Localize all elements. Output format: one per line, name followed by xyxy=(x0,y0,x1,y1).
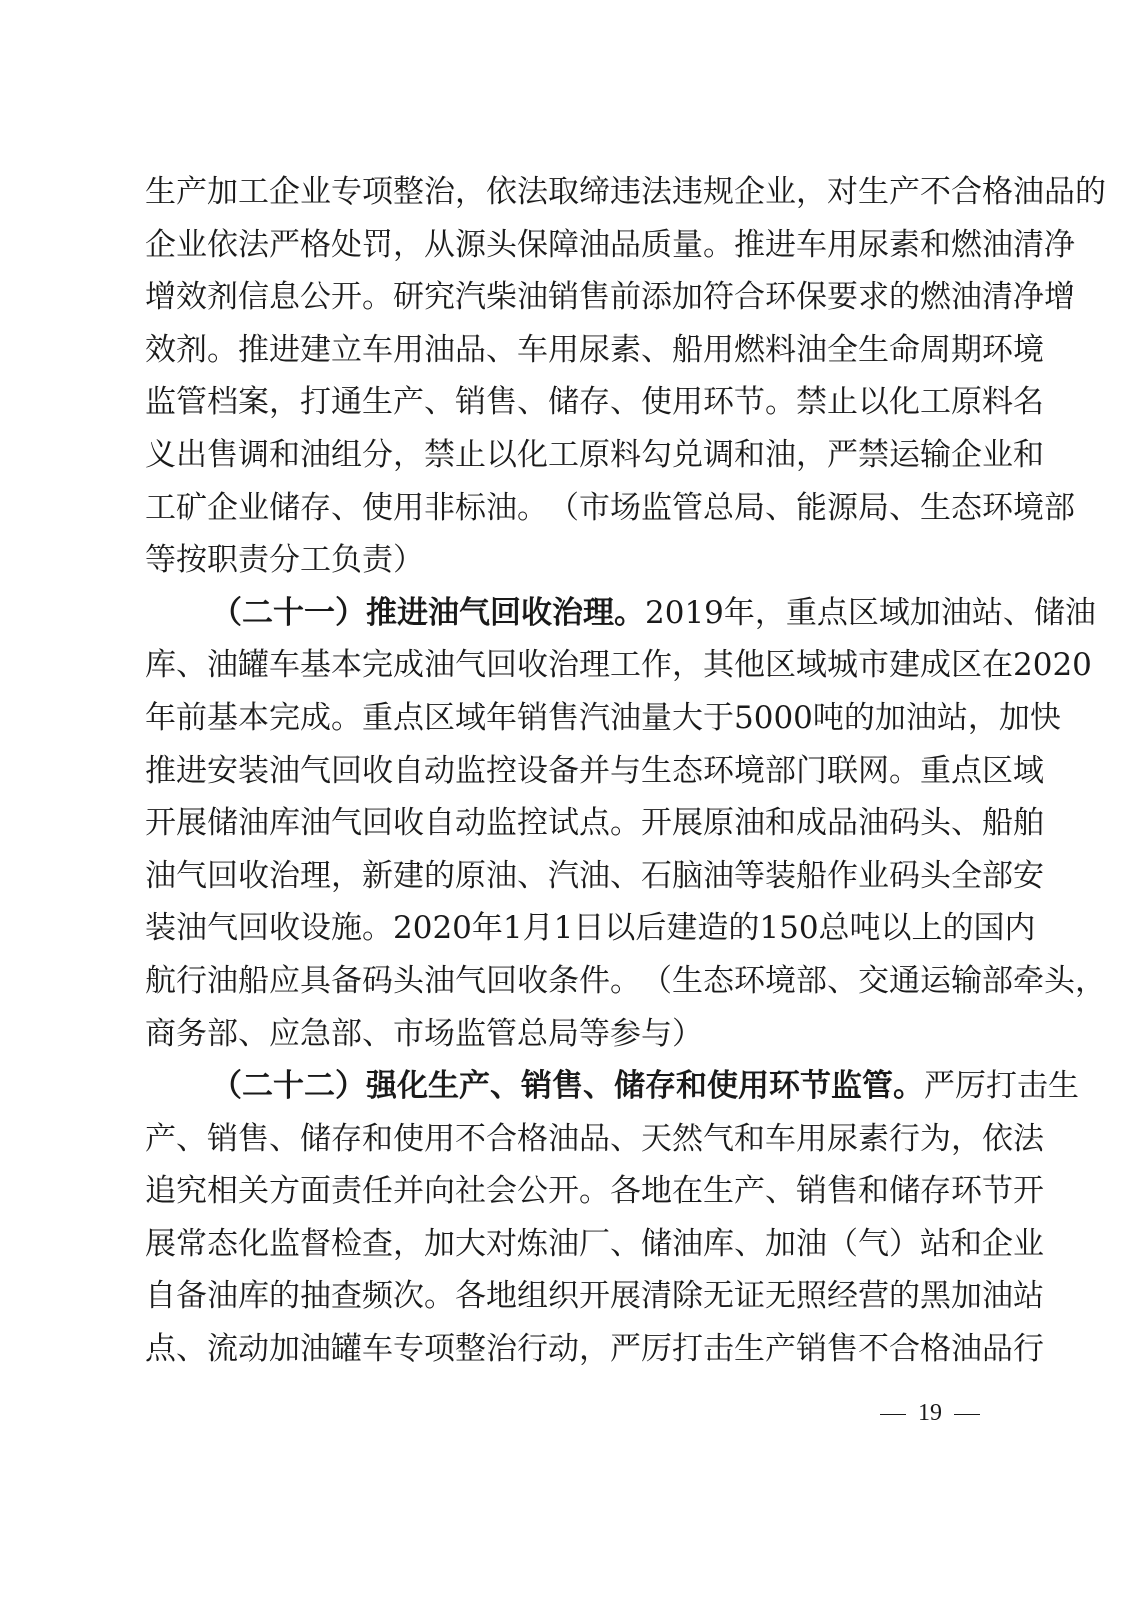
text-char: 态 xyxy=(951,482,982,535)
text-line: 产、销售、储存和使用不合格油品、天然气和车用尿素行为，依法 xyxy=(145,1113,979,1166)
heading-char: 节 xyxy=(800,1060,831,1113)
text-char: 流 xyxy=(207,1323,238,1376)
text-char: 等 xyxy=(734,850,765,903)
text-char: 码 xyxy=(889,797,920,850)
text-char: 气 xyxy=(300,745,331,798)
heading-char: 油 xyxy=(428,587,459,640)
text-char: 2020 xyxy=(393,902,472,955)
text-char: 存 xyxy=(579,376,610,429)
text-char: 、 xyxy=(610,376,641,429)
text-char: 、 xyxy=(269,1113,300,1166)
text-char: 收 xyxy=(238,850,269,903)
text-char: 管 xyxy=(672,482,703,535)
text-line: （二十二）强化生产、销售、储存和使用环节监管。严厉打击生 xyxy=(145,1060,979,1113)
text-char: 建 xyxy=(300,324,331,377)
text-char: 回 xyxy=(238,902,269,955)
text-char: 年 xyxy=(724,587,755,640)
text-char: 缔 xyxy=(579,166,610,219)
text-char: 剂 xyxy=(207,271,238,324)
text-char: 展 xyxy=(145,1218,176,1271)
text-char: 船 xyxy=(238,955,269,1008)
text-char: 各 xyxy=(610,1165,641,1218)
heading-char: 十 xyxy=(273,587,304,640)
text-char: 其 xyxy=(703,639,734,692)
text-char: 推 xyxy=(145,745,176,798)
text-char: 、 xyxy=(238,1008,269,1061)
text-char: 业 xyxy=(858,850,889,903)
text-char: 在 xyxy=(672,1165,703,1218)
text-char: 监 xyxy=(269,1218,300,1271)
text-char: 品 xyxy=(982,1323,1013,1376)
text-char: 违 xyxy=(672,166,703,219)
text-char: 合 xyxy=(486,1113,517,1166)
heading-char: 监 xyxy=(831,1060,862,1113)
text-char: 头 xyxy=(920,797,951,850)
text-char: 使 xyxy=(362,482,393,535)
text-char: 库 xyxy=(145,639,176,692)
text-char: 责 xyxy=(238,534,269,587)
heading-char: 二 xyxy=(242,1060,273,1113)
text-char: 天 xyxy=(641,1113,672,1166)
text-char: 料 xyxy=(765,324,796,377)
text-char: 油 xyxy=(145,850,176,903)
text-char: 项 xyxy=(424,1323,455,1376)
text-char: 装 xyxy=(145,902,176,955)
text-char: 罐 xyxy=(331,1323,362,1376)
text-char: 参 xyxy=(610,1008,641,1061)
text-char: 出 xyxy=(176,429,207,482)
text-char: 吨 xyxy=(813,692,844,745)
text-char: 工 xyxy=(145,482,176,535)
text-char: 部 xyxy=(765,745,796,798)
text-char: 生 xyxy=(858,324,889,377)
text-char: 专 xyxy=(393,1323,424,1376)
text-char: 总 xyxy=(517,1008,548,1061)
text-char: 原 xyxy=(579,429,610,482)
page-number-dash-left xyxy=(880,1414,906,1415)
text-char: 前 xyxy=(610,271,641,324)
text-char: 石 xyxy=(641,850,672,903)
text-char: 勾 xyxy=(641,429,672,482)
text-char: 点 xyxy=(579,797,610,850)
text-char: 合 xyxy=(951,166,982,219)
text-char: 新 xyxy=(362,850,393,903)
text-line: 库、油罐车基本完成油气回收治理工作，其他区域城市建成区在2020 xyxy=(145,639,979,692)
text-char: 作 xyxy=(641,639,672,692)
text-char: 证 xyxy=(734,1270,765,1323)
text-char: 量 xyxy=(641,692,672,745)
text-char: 社 xyxy=(455,1165,486,1218)
text-char: 化 xyxy=(238,1218,269,1271)
text-char: 月 xyxy=(523,902,554,955)
text-char: 监 xyxy=(145,376,176,429)
text-char: ， xyxy=(672,639,703,692)
text-char: 安 xyxy=(207,745,238,798)
text-char: 止 xyxy=(455,429,486,482)
text-char: 管 xyxy=(486,1008,517,1061)
text-char: 使 xyxy=(641,376,672,429)
text-char: 取 xyxy=(548,166,579,219)
heading-char: 、 xyxy=(490,1060,521,1113)
text-char: 油 xyxy=(858,797,889,850)
text-char: 1 xyxy=(554,902,574,955)
text-char: 和 xyxy=(920,219,951,272)
text-char: 域 xyxy=(1013,745,1044,798)
text-char: 、 xyxy=(176,1323,207,1376)
text-char: 任 xyxy=(362,1165,393,1218)
text-char: 不 xyxy=(920,166,951,219)
text-char: 车 xyxy=(765,1113,796,1166)
text-char: 、 xyxy=(1003,587,1034,640)
text-char: 清 xyxy=(982,271,1013,324)
text-char: 经 xyxy=(827,1270,858,1323)
text-char: 产 xyxy=(176,166,207,219)
text-line: 义出售调和油组分，禁止以化工原料勾兑调和油，严禁运输企业和 xyxy=(145,429,979,482)
text-char: 试 xyxy=(548,797,579,850)
text-char: 加 xyxy=(424,1218,455,1271)
text-char: ， xyxy=(796,166,827,219)
text-char: 用 xyxy=(703,324,734,377)
text-char: 燃 xyxy=(920,271,951,324)
text-char: 法 xyxy=(238,219,269,272)
text-char: 销 xyxy=(455,376,486,429)
text-char: 合 xyxy=(734,271,765,324)
text-char: 周 xyxy=(920,324,951,377)
text-char: 与 xyxy=(610,745,641,798)
text-char: 环 xyxy=(951,1165,982,1218)
text-char: 公 xyxy=(300,271,331,324)
text-char: 点 xyxy=(951,745,982,798)
text-char: 管 xyxy=(176,376,207,429)
text-char: 油 xyxy=(579,219,610,272)
text-char: 储 xyxy=(269,482,300,535)
text-char: 产 xyxy=(765,1323,796,1376)
heading-char: 。 xyxy=(893,1060,924,1113)
text-char: 原 xyxy=(951,376,982,429)
text-char: 通 xyxy=(331,376,362,429)
text-char: 击 xyxy=(703,1323,734,1376)
text-char: 汽 xyxy=(548,850,579,903)
text-char: 对 xyxy=(827,166,858,219)
text-char: 原 xyxy=(703,797,734,850)
text-char: 督 xyxy=(300,1218,331,1271)
text-line: 等按职责分工负责） xyxy=(145,534,979,587)
text-char: 油 xyxy=(941,587,972,640)
text-char: 局 xyxy=(858,482,889,535)
heading-char: 二 xyxy=(304,1060,335,1113)
text-line: 年前基本完成。重点区域年销售汽油量大于5000吨的加油站，加快 xyxy=(145,692,979,745)
text-char: 、 xyxy=(610,850,641,903)
text-char: 。 xyxy=(765,376,796,429)
text-char: 检 xyxy=(331,1218,362,1271)
text-char: 源 xyxy=(827,482,858,535)
text-char: 吨 xyxy=(850,902,881,955)
text-char: 的 xyxy=(728,902,759,955)
text-char: 重 xyxy=(920,745,951,798)
heading-char: 产 xyxy=(459,1060,490,1113)
text-char: 尿 xyxy=(579,324,610,377)
text-char: 局 xyxy=(734,482,765,535)
text-char: 工 xyxy=(300,534,331,587)
text-char: 油 xyxy=(548,1218,579,1271)
text-char: 节 xyxy=(734,376,765,429)
text-char: 产 xyxy=(734,1165,765,1218)
text-char: 的 xyxy=(889,271,920,324)
heading-char: 用 xyxy=(738,1060,769,1113)
text-char: 义 xyxy=(145,429,176,482)
text-char: 作 xyxy=(827,850,858,903)
text-char: 分 xyxy=(269,534,300,587)
text-char: 加 xyxy=(910,587,941,640)
text-char: 装 xyxy=(238,745,269,798)
text-char: 使 xyxy=(393,1113,424,1166)
text-char: 造 xyxy=(697,902,728,955)
text-char: 全 xyxy=(951,850,982,903)
text-char: 严 xyxy=(827,429,858,482)
text-char: 化 xyxy=(889,376,920,429)
text-char: 、 xyxy=(424,376,455,429)
text-char: （ xyxy=(548,482,579,535)
text-char: 击 xyxy=(1017,1060,1048,1113)
text-char: 障 xyxy=(548,219,579,272)
text-char: 照 xyxy=(796,1270,827,1323)
text-char: 组 xyxy=(517,1270,548,1323)
text-char: 职 xyxy=(207,534,238,587)
text-char: ， xyxy=(393,1218,424,1271)
text-char: 气 xyxy=(455,639,486,692)
text-char: 用 xyxy=(393,482,424,535)
text-char: 分 xyxy=(362,429,393,482)
text-char: 区 xyxy=(982,745,1013,798)
text-char: 素 xyxy=(889,219,920,272)
text-char: 燃 xyxy=(734,324,765,377)
text-char: 总 xyxy=(819,902,850,955)
text-char: 监 xyxy=(486,797,517,850)
text-char: 。 xyxy=(424,1270,455,1323)
text-char: 车 xyxy=(362,324,393,377)
text-char: 油 xyxy=(951,1323,982,1376)
text-char: 生 xyxy=(362,376,393,429)
text-char: 在 xyxy=(982,639,1013,692)
text-char: 全 xyxy=(827,324,858,377)
text-char: 以 xyxy=(486,429,517,482)
text-char: 素 xyxy=(858,1113,889,1166)
text-char: 控 xyxy=(486,745,517,798)
text-char: 企 xyxy=(207,482,238,535)
text-char: 油 xyxy=(765,429,796,482)
text-char: 行 xyxy=(176,955,207,1008)
text-char: 点 xyxy=(145,1323,176,1376)
text-char: 态 xyxy=(703,955,734,1008)
text-char: 油 xyxy=(176,902,207,955)
text-char: 责 xyxy=(362,534,393,587)
text-char: 5000 xyxy=(734,692,813,745)
text-char: 油 xyxy=(703,850,734,903)
text-char: 。 xyxy=(889,745,920,798)
text-char: ， xyxy=(455,166,486,219)
heading-char: 治 xyxy=(552,587,583,640)
heading-char: 管 xyxy=(862,1060,893,1113)
text-char: 油 xyxy=(796,324,827,377)
text-char: 生 xyxy=(145,166,176,219)
text-char: 净 xyxy=(1013,271,1044,324)
text-char: ， xyxy=(331,850,362,903)
text-char: 和 xyxy=(734,1113,765,1166)
text-char: 气 xyxy=(703,1113,734,1166)
text-char: 油 xyxy=(207,1270,238,1323)
text-char: 航 xyxy=(145,955,176,1008)
text-char: 究 xyxy=(424,271,455,324)
text-char: 区 xyxy=(424,692,455,745)
text-char: 油 xyxy=(300,1323,331,1376)
text-char: 交 xyxy=(858,955,889,1008)
text-char: 禁 xyxy=(796,376,827,429)
text-char: 量 xyxy=(672,219,703,272)
text-char: 。 xyxy=(517,482,548,535)
text-char: 不 xyxy=(455,1113,486,1166)
text-char: 兑 xyxy=(672,429,703,482)
text-char: 年 xyxy=(145,692,176,745)
text-char: 备 xyxy=(331,955,362,1008)
text-char: 快 xyxy=(1030,692,1061,745)
text-char: 码 xyxy=(889,850,920,903)
text-char: 理 xyxy=(300,850,331,903)
text-char: 展 xyxy=(610,1270,641,1323)
text-char: 等 xyxy=(579,1008,610,1061)
text-char: 成 xyxy=(920,639,951,692)
text-char: 牵 xyxy=(1013,955,1044,1008)
text-char: 应 xyxy=(269,955,300,1008)
text-char: 节 xyxy=(982,1165,1013,1218)
text-char: 油 xyxy=(300,797,331,850)
heading-char: 二 xyxy=(242,587,273,640)
text-char: 治 xyxy=(486,1323,517,1376)
text-char: 行 xyxy=(517,1323,548,1376)
text-char: 厉 xyxy=(955,1060,986,1113)
text-char: 推 xyxy=(238,324,269,377)
text-char: 化 xyxy=(517,429,548,482)
text-char: 展 xyxy=(176,797,207,850)
text-char: 和 xyxy=(734,429,765,482)
text-char: 回 xyxy=(486,639,517,692)
text-char: 生 xyxy=(920,482,951,535)
text-char: 用 xyxy=(424,1113,455,1166)
heading-char: 化 xyxy=(397,1060,428,1113)
text-char: 、 xyxy=(951,797,982,850)
text-char: 环 xyxy=(982,324,1013,377)
text-char: 严 xyxy=(610,1323,641,1376)
text-char: 治 xyxy=(548,639,579,692)
heading-char: 一 xyxy=(304,587,335,640)
text-char: 头 xyxy=(486,219,517,272)
text-char: 追 xyxy=(145,1165,176,1218)
text-line: 开展储油库油气回收自动监控试点。开展原油和成品油码头、船舶 xyxy=(145,797,979,850)
text-char: 、 xyxy=(517,850,548,903)
text-char: 。 xyxy=(610,797,641,850)
text-char: 前 xyxy=(176,692,207,745)
text-char: 成 xyxy=(796,797,827,850)
text-char: 保 xyxy=(796,271,827,324)
text-char: 展 xyxy=(672,797,703,850)
text-char: 无 xyxy=(703,1270,734,1323)
text-char: 基 xyxy=(207,692,238,745)
text-char: 生 xyxy=(734,1323,765,1376)
text-char: 原 xyxy=(455,850,486,903)
text-char: 工 xyxy=(238,166,269,219)
text-char: 油 xyxy=(424,639,455,692)
text-char: 油 xyxy=(424,955,455,1008)
text-char: 境 xyxy=(765,955,796,1008)
text-char: 大 xyxy=(672,692,703,745)
text-char: 能 xyxy=(796,482,827,535)
text-char: 监 xyxy=(455,745,486,798)
text-char: 、 xyxy=(765,482,796,535)
text-char: 的 xyxy=(943,902,974,955)
text-char: 与 xyxy=(641,1008,672,1061)
text-char: 储 xyxy=(207,797,238,850)
text-line: 生产加工企业专项整治，依法取缔违法违规企业，对生产不合格油品的 xyxy=(145,166,979,219)
text-char: 油 xyxy=(486,850,517,903)
text-char: 以 xyxy=(858,376,889,429)
text-char: 对 xyxy=(486,1218,517,1271)
text-char: 回 xyxy=(362,797,393,850)
text-char: 储 xyxy=(889,1165,920,1218)
text-char: 品 xyxy=(455,324,486,377)
heading-char: 强 xyxy=(366,1060,397,1113)
text-char: 和 xyxy=(1013,429,1044,482)
text-char: 名 xyxy=(1013,376,1044,429)
text-char: 头 xyxy=(393,955,424,1008)
text-char: 内 xyxy=(1005,902,1036,955)
text-char: ， xyxy=(579,1323,610,1376)
text-char: 罚 xyxy=(362,219,393,272)
text-char: 开 xyxy=(331,271,362,324)
text-char: 整 xyxy=(455,1323,486,1376)
text-char: ， xyxy=(796,429,827,482)
text-char: 安 xyxy=(1013,850,1044,903)
text-char: 料 xyxy=(982,376,1013,429)
text-char: 加 xyxy=(999,692,1030,745)
text-char: 业 xyxy=(982,429,1013,482)
text-char: 汽 xyxy=(455,271,486,324)
text-char: 各 xyxy=(455,1270,486,1323)
text-char: 频 xyxy=(362,1270,393,1323)
text-char: 后 xyxy=(635,902,666,955)
text-char: 加 xyxy=(207,166,238,219)
text-char: 符 xyxy=(703,271,734,324)
text-char: 加 xyxy=(951,1270,982,1323)
text-char: 售 xyxy=(827,1323,858,1376)
heading-char: 和 xyxy=(676,1060,707,1113)
text-char: 、 xyxy=(362,1008,393,1061)
text-char: 工 xyxy=(920,376,951,429)
text-char: 从 xyxy=(424,219,455,272)
text-char: 织 xyxy=(548,1270,579,1323)
text-char: ， xyxy=(393,429,424,482)
text-char: 部 xyxy=(982,850,1013,903)
text-char: 舶 xyxy=(1013,797,1044,850)
text-char: 进 xyxy=(765,219,796,272)
text-char: ， xyxy=(269,376,300,429)
text-char: 研 xyxy=(393,271,424,324)
text-char: 和 xyxy=(269,429,300,482)
page-number-dash-right xyxy=(954,1414,980,1415)
text-char: 开 xyxy=(145,797,176,850)
heading-char: 进 xyxy=(397,587,428,640)
text-char: 环 xyxy=(734,955,765,1008)
text-char: 域 xyxy=(455,692,486,745)
heading-char: （ xyxy=(211,587,242,640)
